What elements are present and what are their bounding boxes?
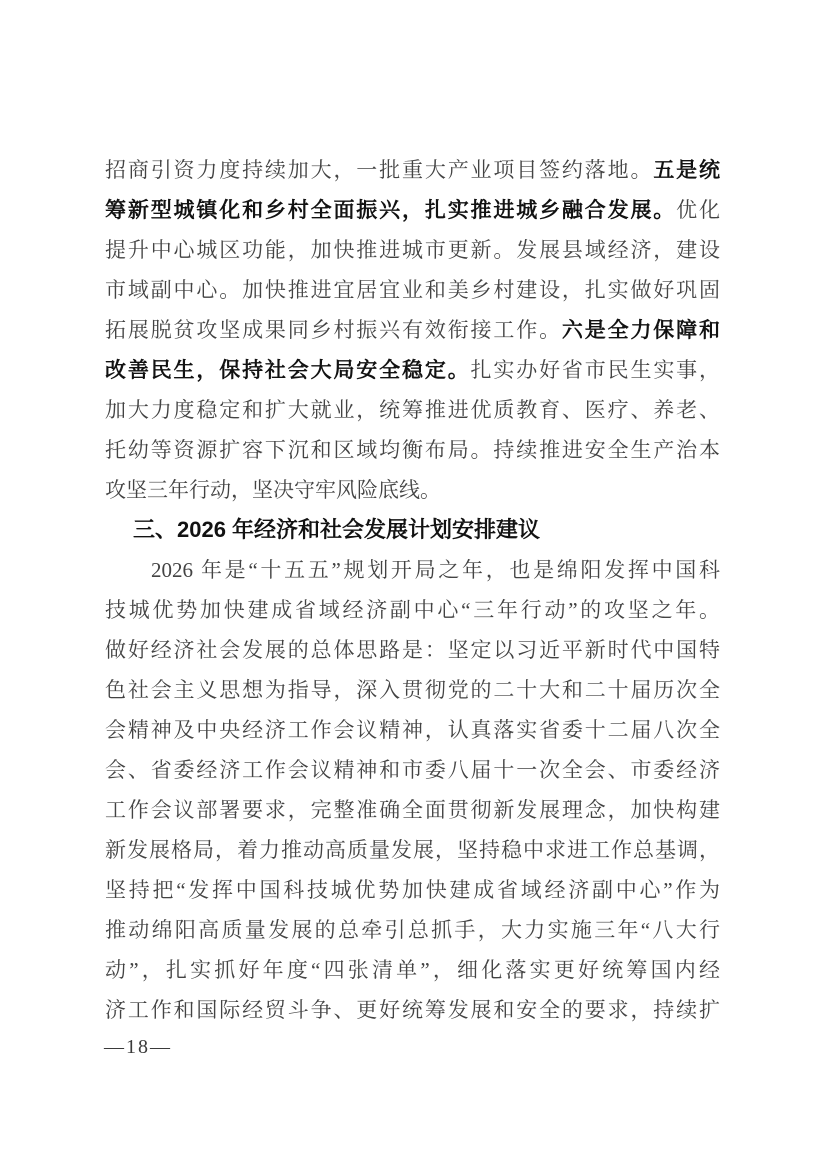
text-run: 坚持把“发挥中国科技城优势加快建成省域经济副中心”作为 [105,878,720,902]
text-run: 提升中心城区功能，加快推进城市更新。发展县域经济，建设 [105,238,720,262]
section-heading: 三、2026 年经济和社会发展计划安排建议 [105,510,720,550]
bold-text-run: 五是统 [653,158,720,182]
text-line: 提升中心城区功能，加快推进城市更新。发展县域经济，建设 [105,230,720,270]
text-line: 技城优势加快建成省域经济副中心“三年行动”的攻坚之年。 [105,590,720,630]
bold-text-run: 六是全力保障和 [562,318,720,342]
text-run: 推动绵阳高质量发展的总牵引总抓手，大力实施三年“八大行 [105,918,720,942]
text-run: 工作会议部署要求，完整准确全面贯彻新发展理念，加快构建 [105,798,720,822]
text-block: 招商引资力度持续加大，一批重大产业项目签约落地。五是统筹新型城镇化和乡村全面振兴… [105,150,720,1030]
text-run: 新发展格局，着力推动高质量发展，坚持稳中求进工作总基调， [105,838,720,862]
text-run: 攻坚三年行动，坚决守牢风险底线。 [105,478,441,502]
text-line: 济工作和国际经贸斗争、更好统筹发展和安全的要求，持续扩 [105,990,720,1030]
text-line: 改善民生，保持社会大局安全稳定。扎实办好省市民生实事， [105,350,720,390]
text-run: 2026 年是“十五五”规划开局之年，也是绵阳发挥中国科 [151,558,720,582]
text-run: 托幼等资源扩容下沉和区域均衡布局。持续推进安全生产治本 [105,438,720,462]
text-line: 筹新型城镇化和乡村全面振兴，扎实推进城乡融合发展。优化 [105,190,720,230]
text-run: 色社会主义思想为指导，深入贯彻党的二十大和二十届历次全 [105,678,720,702]
text-line: 市域副中心。加快推进宜居宜业和美乡村建设，扎实做好巩固 [105,270,720,310]
text-line: 会精神及中央经济工作会议精神，认真落实省委十二届八次全 [105,710,720,750]
text-line: 攻坚三年行动，坚决守牢风险底线。 [105,470,720,510]
text-run: 动”，扎实抓好年度“四张清单”，细化落实更好统筹国内经 [105,958,720,982]
text-run: 会精神及中央经济工作会议精神，认真落实省委十二届八次全 [105,718,720,742]
bold-text-run: 筹新型城镇化和乡村全面振兴，扎实推进城乡融合发展。 [105,198,676,222]
document-page: 招商引资力度持续加大，一批重大产业项目签约落地。五是统筹新型城镇化和乡村全面振兴… [0,0,826,1169]
text-line: 色社会主义思想为指导，深入贯彻党的二十大和二十届历次全 [105,670,720,710]
text-line: 动”，扎实抓好年度“四张清单”，细化落实更好统筹国内经 [105,950,720,990]
text-run: 济工作和国际经贸斗争、更好统筹发展和安全的要求，持续扩 [105,998,720,1022]
page-number: —18— [104,1033,172,1061]
text-line: 2026 年是“十五五”规划开局之年，也是绵阳发挥中国科 [105,550,720,590]
text-line: 工作会议部署要求，完整准确全面贯彻新发展理念，加快构建 [105,790,720,830]
text-line: 坚持把“发挥中国科技城优势加快建成省域经济副中心”作为 [105,870,720,910]
text-line: 新发展格局，着力推动高质量发展，坚持稳中求进工作总基调， [105,830,720,870]
text-run: 市域副中心。加快推进宜居宜业和美乡村建设，扎实做好巩固 [105,278,720,302]
text-line: 拓展脱贫攻坚成果同乡村振兴有效衔接工作。六是全力保障和 [105,310,720,350]
text-line: 加大力度稳定和扩大就业，统筹推进优质教育、医疗、养老、 [105,390,720,430]
bold-text-run: 三、2026 年经济和社会发展计划安排建议 [133,517,540,542]
text-line: 托幼等资源扩容下沉和区域均衡布局。持续推进安全生产治本 [105,430,720,470]
text-run: 技城优势加快建成省域经济副中心“三年行动”的攻坚之年。 [105,598,720,622]
text-run: 优化 [676,198,720,222]
text-line: 会、省委经济工作会议精神和市委八届十一次全会、市委经济 [105,750,720,790]
text-line: 推动绵阳高质量发展的总牵引总抓手，大力实施三年“八大行 [105,910,720,950]
text-run: 加大力度稳定和扩大就业，统筹推进优质教育、医疗、养老、 [105,398,720,422]
text-line: 招商引资力度持续加大，一批重大产业项目签约落地。五是统 [105,150,720,190]
text-run: 做好经济社会发展的总体思路是：坚定以习近平新时代中国特 [105,638,720,662]
text-run: 扎实办好省市民生实事， [471,358,720,382]
text-run: 会、省委经济工作会议精神和市委八届十一次全会、市委经济 [105,758,720,782]
bold-text-run: 改善民生，保持社会大局安全稳定。 [105,358,471,382]
text-line: 做好经济社会发展的总体思路是：坚定以习近平新时代中国特 [105,630,720,670]
text-run: 拓展脱贫攻坚成果同乡村振兴有效衔接工作。 [105,318,562,342]
text-run: 招商引资力度持续加大，一批重大产业项目签约落地。 [105,158,653,182]
